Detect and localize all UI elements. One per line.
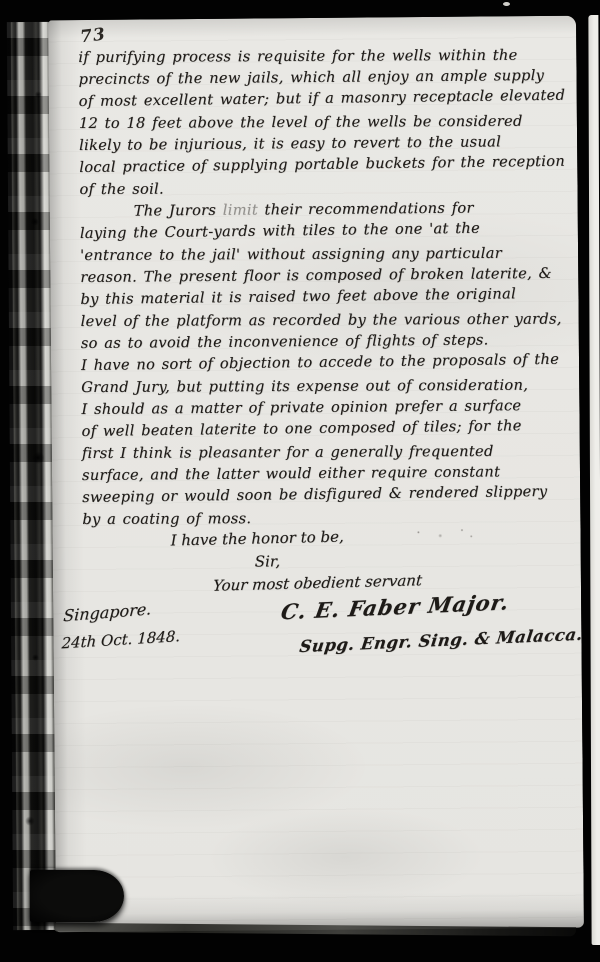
text-line: first I think is pleasanter for a genera… [82,440,582,465]
closing-sir-line: Sir, [255,552,281,570]
dateline-date: 24th Oct. 1848. [61,627,180,652]
dust-speck [503,2,510,6]
letter-body: if purifying process is requisite for th… [78,43,582,531]
closing-servant-line: Your most obedient servant [212,571,422,595]
text-line: of the soil. [79,176,579,201]
dateline-place: Singapore. [63,599,152,625]
closing-honor-line: I have the honor to be, [170,528,344,550]
text-line: level of the platform as recorded by the… [81,308,581,333]
adjacent-page-edge [588,15,600,945]
letter-page: 73 if purifying process is requisite for… [48,16,584,933]
faded-word: limit [223,201,258,218]
text-line: if purifying process is requisite for th… [78,44,578,69]
binding-clip [30,870,124,922]
scan-background: { "colors": { "background": "#020202", "… [0,0,600,962]
ink-smudge [410,525,476,544]
signature-name: C. E. Faber Major. [279,589,511,624]
text-line: 'entrance to the jail' without assigning… [80,242,580,267]
text-segment: The Jurors [134,202,217,220]
text-line: 12 to 18 feet above the level of the wel… [79,110,579,135]
scanned-book: 73 if purifying process is requisite for… [0,0,600,962]
signature-title: Supg. Engr. Sing. & Malacca. [298,625,584,656]
text-segment: their recommendations for [264,200,473,219]
page-number: 73 [79,25,107,48]
text-line: Grand Jury, but putting its expense out … [81,374,581,399]
